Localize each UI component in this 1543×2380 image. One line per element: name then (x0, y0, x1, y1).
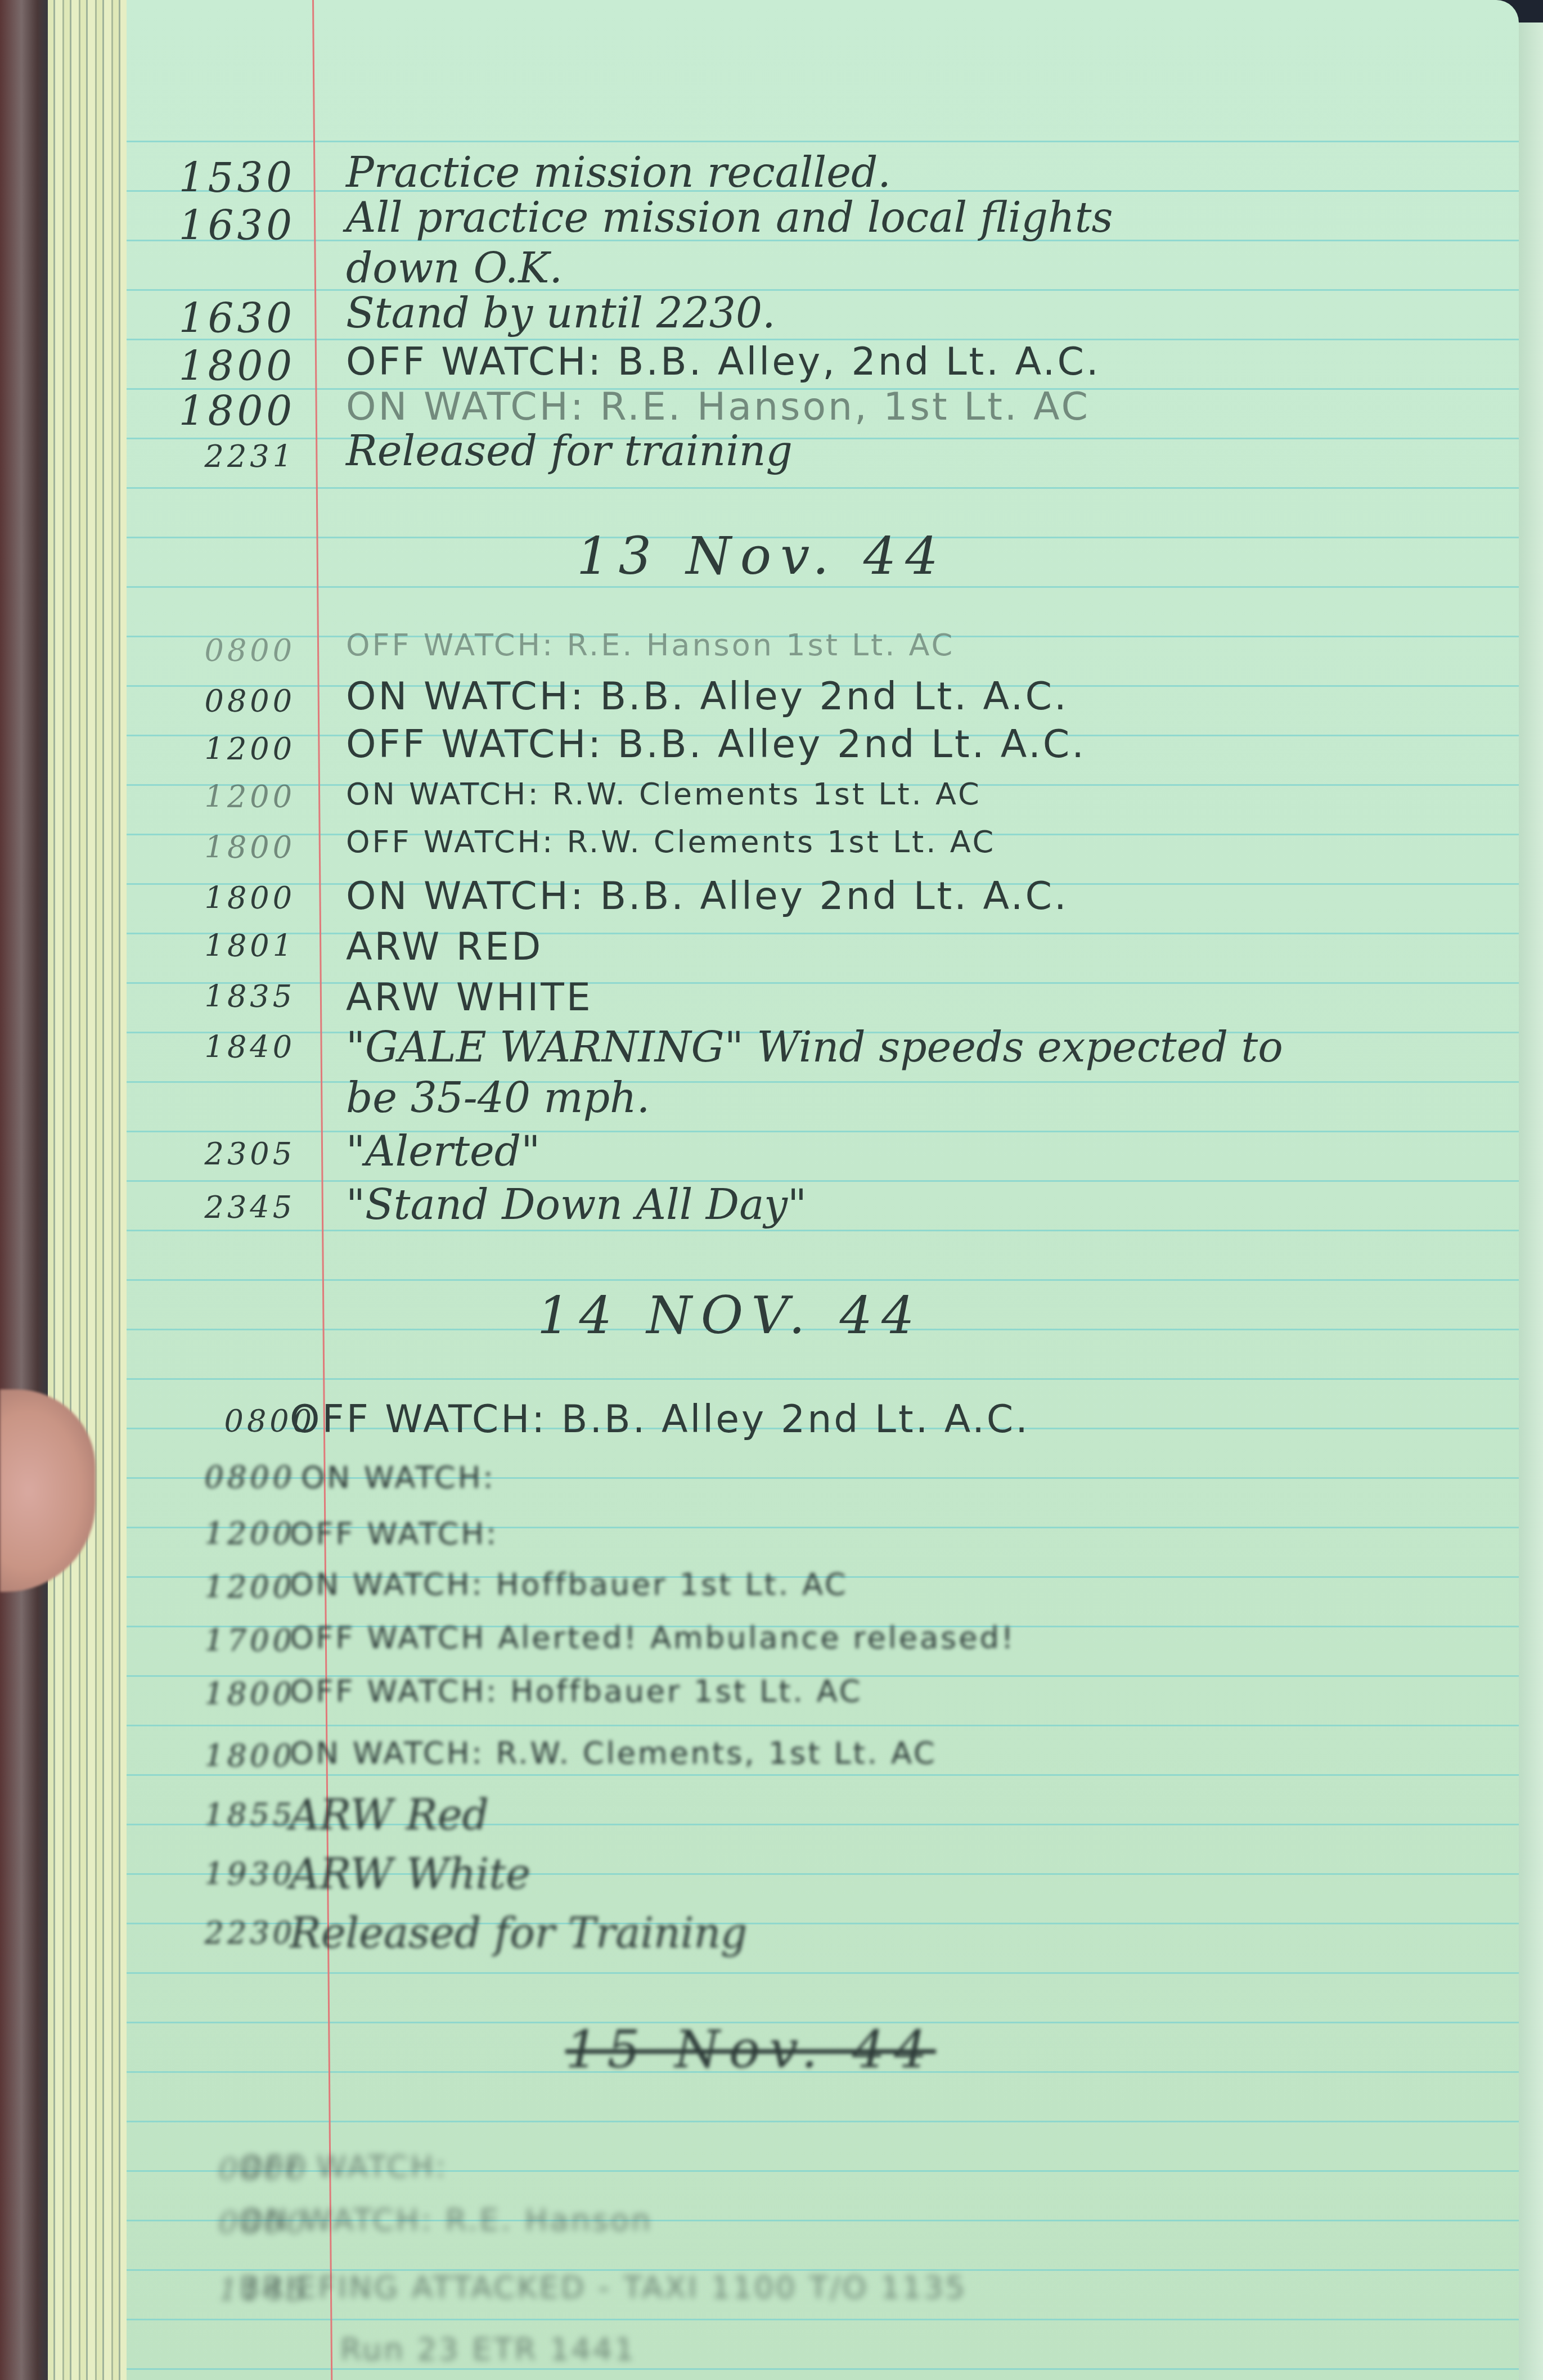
entry-text: OFF WATCH: R.E. Hanson 1st Lt. AC (346, 630, 955, 660)
ruled-line (127, 1972, 1519, 1974)
entry-time: 1200 (205, 782, 295, 812)
ruled-line (127, 438, 1519, 439)
ruled-line (127, 487, 1519, 489)
entry-text: BRIEFING ATTACKED - TAXI 1100 T/O 1135 (239, 2273, 967, 2303)
entry-text: OFF WATCH: B.B. Alley 2nd Lt. A.C. (290, 1401, 1030, 1439)
entry-text: ARW WHITE (346, 979, 593, 1017)
entry-time: 1800 (179, 391, 295, 431)
entry-time: 1800 (205, 833, 295, 863)
entry-time: 0800 (205, 1463, 295, 1493)
entry-time: 1930 (205, 1859, 295, 1889)
ruled-line (127, 1725, 1519, 1726)
ruled-line (127, 1230, 1519, 1231)
ruled-line (127, 1279, 1519, 1281)
entry-time: 2305 (205, 1139, 295, 1169)
ruled-line (127, 289, 1519, 291)
entry-time: 1200 (205, 1519, 295, 1549)
entry-text: Released for training (346, 430, 793, 472)
entry-text: OFF WATCH: (290, 1519, 498, 1549)
entry-text: OFF WATCH: Hoffbauer 1st Lt. AC (290, 1676, 862, 1707)
entry-text: All practice mission and local flights (346, 197, 1113, 239)
entry-text: Practice mission recalled. (346, 152, 891, 194)
entry-time: 0800 (205, 636, 295, 666)
entry-text: OFF WATCH: R.W. Clements 1st Lt. AC (346, 827, 996, 857)
entry-time: 1801 (205, 931, 295, 961)
ruled-line (127, 1081, 1519, 1083)
entry-time: 1840 (205, 1032, 295, 1063)
entry-text: "Alerted" (346, 1131, 540, 1172)
ruled-line (127, 933, 1519, 934)
entry-text: "GALE WARNING" Wind speeds expected to (346, 1027, 1283, 1068)
entry-text: be 35-40 mph. (346, 1077, 650, 1119)
entry-time: 1835 (205, 982, 295, 1012)
entry-text: ARW Red (290, 1794, 489, 1836)
entry-text: OFF WATCH: (239, 2152, 448, 2182)
entry-text: Released for Training (290, 1913, 747, 1954)
entry-text: ON WATCH: R.E. Hanson (239, 2205, 653, 2235)
entry-text: ON WATCH: R.W. Clements 1st Lt. AC (346, 779, 982, 809)
section-date-struck: 15 Nov. 44 (565, 2019, 936, 2080)
ruled-line (127, 1180, 1519, 1182)
ruled-line (127, 2368, 1519, 2370)
entry-text: ON WATCH: B.B. Alley 2nd Lt. A.C. (346, 678, 1069, 716)
entry-time: 1800 (179, 346, 295, 386)
entry-text: Run 23 ETR 1441 (340, 2334, 636, 2365)
entry-time: 1800 (205, 883, 295, 914)
entry-time: 1800 (205, 1679, 295, 1709)
ruled-line (127, 2319, 1519, 2320)
entry-time: 1630 (179, 298, 295, 339)
entry-time: 2230 (205, 1918, 295, 1949)
ruled-line (127, 1774, 1519, 1776)
ruled-line (127, 1378, 1519, 1380)
page-stack-edge (48, 0, 132, 2380)
ruled-line (127, 586, 1519, 588)
ruled-line (127, 2121, 1519, 2122)
entry-text: OFF WATCH Alerted! Ambulance released! (290, 1623, 1015, 1653)
entry-time: 1700 (205, 1626, 295, 1656)
entry-text: OFF WATCH: B.B. Alley, 2nd Lt. A.C. (346, 343, 1101, 381)
section-date: 14 NOV. 44 (537, 1285, 924, 1346)
entry-time: 1630 (179, 205, 295, 246)
entry-time: 1800 (205, 1741, 295, 1771)
ruled-line (127, 1131, 1519, 1132)
entry-time: 2345 (205, 1193, 295, 1223)
entry-text: "Stand Down All Day" (346, 1184, 807, 1226)
entry-text: ON WATCH: R.W. Clements, 1st Lt. AC (290, 1738, 937, 1769)
entry-time: 1855 (205, 1800, 295, 1830)
entry-time: 0800 (205, 686, 295, 717)
logbook-page: 1530 Practice mission recalled. 1630 All… (127, 0, 1519, 2380)
entry-time: 1200 (205, 1572, 295, 1603)
entry-time: 2231 (205, 442, 295, 472)
entry-time: 1200 (205, 734, 295, 764)
entry-text: down O.K. (346, 248, 563, 289)
entry-text: ON WATCH: R.E. Hanson, 1st Lt. AC (346, 388, 1090, 426)
entry-text: Stand by until 2230. (346, 293, 776, 334)
ruled-line (127, 141, 1519, 142)
entry-text: ON WATCH: (301, 1463, 496, 1493)
entry-text: ARW White (290, 1853, 530, 1895)
entry-time: 1530 (179, 158, 295, 198)
book-binding (0, 0, 53, 2380)
entry-text: ON WATCH: B.B. Alley 2nd Lt. A.C. (346, 878, 1069, 916)
entry-text: OFF WATCH: B.B. Alley 2nd Lt. A.C. (346, 726, 1086, 764)
ruled-line (127, 982, 1519, 984)
section-date: 13 Nov. 44 (577, 526, 947, 586)
entry-text: ON WATCH: Hoffbauer 1st Lt. AC (290, 1569, 848, 1600)
entry-text: ARW RED (346, 928, 543, 966)
